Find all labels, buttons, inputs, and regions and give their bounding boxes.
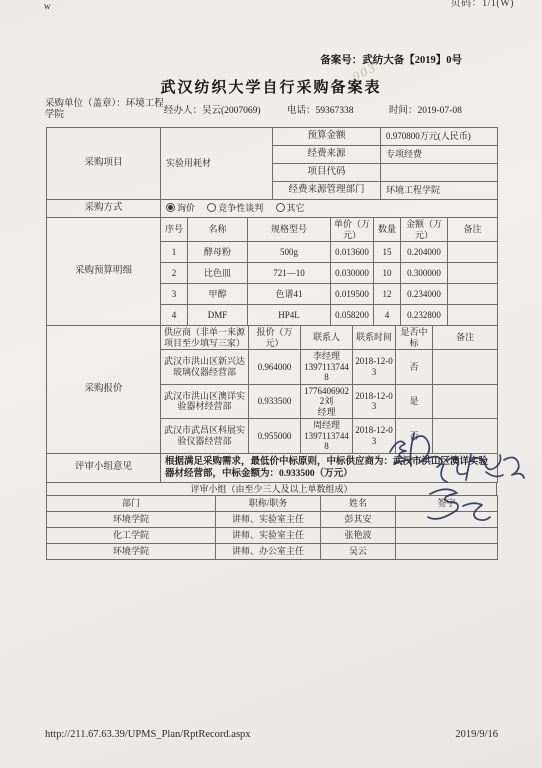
budget-header: 备注 <box>448 218 498 242</box>
scanned-document-page: w 页码：1/1(W) 备案号：武纺大备【2019】0号 003 武汉纺织大学自… <box>0 0 542 768</box>
table-row: 化工学院 讲师、实验室主任 张艳波 <box>47 528 498 544</box>
budget-header: 序号 <box>161 218 188 242</box>
budget-cell: 12 <box>374 284 401 305</box>
member-title: 讲师、实验室主任 <box>216 512 321 528</box>
budget-header: 数量 <box>374 218 401 242</box>
member-signature-cell <box>396 528 498 544</box>
budget-cell: 0.300000 <box>401 263 448 284</box>
supplier-name: 武汉市洪山区澳详实验器材经营部 <box>161 384 249 419</box>
group-header: 签字 <box>396 496 498 512</box>
radio-icon <box>276 203 285 212</box>
record-number: 备案号：武纺大备【2019】0号 <box>320 52 462 67</box>
member-name: 吴云 <box>321 544 396 560</box>
budget-cell: 色谱41 <box>248 284 331 305</box>
budget-cell: 0.013600 <box>331 242 374 263</box>
member-title: 讲师、办公室主任 <box>216 544 321 560</box>
budget-cell: 0.204000 <box>401 242 448 263</box>
budget-cell: 4 <box>374 305 401 326</box>
project-row-label: 采购项目 <box>47 128 161 200</box>
budget-cell: DMF <box>188 305 248 326</box>
group-header: 职称/职务 <box>216 496 321 512</box>
budget-cell: 15 <box>374 242 401 263</box>
radio-selected-icon <box>166 203 175 212</box>
budget-cell <box>448 263 498 284</box>
member-title: 讲师、实验室主任 <box>216 528 321 544</box>
budget-cell <box>448 284 498 305</box>
field-value: 0.970800万元(人民币) <box>381 128 498 146</box>
field-label: 预算金额 <box>273 128 381 146</box>
quotes-header: 联系人 <box>301 326 353 350</box>
supplier-name: 武汉市武昌区科展实验仪器经营部 <box>161 419 249 454</box>
group-header: 部门 <box>47 496 216 512</box>
header-date: 时间：2019-07-08 <box>389 102 462 116</box>
opinion-section: 评审小组意见 根据满足采购需求，最低价中标原则，中标供应商为：武汉市洪山区澳详实… <box>46 453 498 483</box>
quote-price: 0.955000 <box>249 419 301 454</box>
field-value: 专项经费 <box>381 146 498 164</box>
field-label: 项目代码 <box>273 164 381 182</box>
quote-contact: 周经理 13971137448 <box>301 419 353 454</box>
budget-cell: 0.234000 <box>401 284 448 305</box>
budget-row-label: 采购预算明细 <box>47 218 161 326</box>
quote-win: 是 <box>396 384 433 419</box>
budget-header: 金额（万元） <box>401 218 448 242</box>
quotes-header: 报价（万元） <box>249 326 301 350</box>
project-section: 采购项目 实验用耗材 预算金额 0.970800万元(人民币) 经费来源 专项经… <box>46 127 498 200</box>
budget-section: 采购预算明细 序号 名称 规格型号 单价（万元） 数量 金额（万元） 备注 1 … <box>46 217 498 326</box>
quote-remark <box>433 419 498 454</box>
method-options: 询价 竞争性谈判 其它 <box>161 200 498 218</box>
page-number: 页码：1/1(W) <box>451 0 514 9</box>
opinion-row-label: 评审小组意见 <box>47 453 161 482</box>
table-row: 环境学院 讲师、办公室主任 吴云 <box>47 544 498 560</box>
corner-mark: w <box>44 1 51 11</box>
member-dept: 环境学院 <box>47 512 216 528</box>
budget-cell: 0.058200 <box>331 305 374 326</box>
field-value <box>381 164 498 182</box>
footer-date: 2019/9/16 <box>455 729 498 740</box>
quote-date: 2018-12-03 <box>353 350 396 385</box>
budget-cell <box>448 242 498 263</box>
quote-remark <box>433 350 498 385</box>
footer-url: http://211.67.63.39/UPMS_Plan/RptRecord.… <box>45 729 251 740</box>
group-title-section: 评审小组（由至少三人及以上单数组成） <box>46 482 497 497</box>
budget-cell: 500g <box>248 242 331 263</box>
quotes-section: 采购报价 供应商（非单一来源项目至少填写三家） 报价（万元） 联系人 联系时间 … <box>46 325 498 454</box>
budget-header: 名称 <box>188 218 248 242</box>
quote-date: 2018-12-03 <box>353 419 396 454</box>
supplier-name: 武汉市洪山区新兴达玻璃仪器经营部 <box>161 350 249 385</box>
quote-price: 0.933500 <box>249 384 301 419</box>
page-title: 武汉纺织大学自行采购备案表 <box>0 76 542 97</box>
radio-option-inquiry[interactable]: 询价 <box>166 203 195 213</box>
member-dept: 环境学院 <box>47 544 216 560</box>
quotes-row-label: 采购报价 <box>47 326 161 454</box>
budget-cell: 0.030000 <box>331 263 374 284</box>
member-name: 彭其安 <box>321 512 396 528</box>
radio-label: 竞争性谈判 <box>218 203 263 213</box>
quote-win: 否 <box>396 350 433 385</box>
budget-cell: 3 <box>161 284 188 305</box>
budget-cell: 10 <box>374 263 401 284</box>
budget-cell <box>448 305 498 326</box>
budget-cell: 酵母粉 <box>188 242 248 263</box>
budget-cell: 1 <box>161 242 188 263</box>
field-label: 经费来源 <box>273 146 381 164</box>
quote-win: 否 <box>396 419 433 454</box>
field-value: 环境工程学院 <box>381 182 498 200</box>
quote-remark <box>433 384 498 419</box>
radio-option-negotiation[interactable]: 竞争性谈判 <box>207 203 263 213</box>
budget-cell: 721—10 <box>248 263 331 284</box>
radio-icon <box>207 203 216 212</box>
member-dept: 化工学院 <box>47 528 216 544</box>
budget-cell: 4 <box>161 305 188 326</box>
member-signature-cell <box>396 544 498 560</box>
budget-cell: 比色皿 <box>188 263 248 284</box>
field-label: 经费来源管理部门 <box>273 182 381 200</box>
quotes-header: 是否中标 <box>396 326 433 350</box>
quotes-header: 备注 <box>433 326 498 350</box>
method-row-label: 采购方式 <box>47 200 161 218</box>
budget-header: 单价（万元） <box>331 218 374 242</box>
group-section: 部门 职称/职务 姓名 签字 环境学院 讲师、实验室主任 彭其安 化工学院 讲师… <box>46 495 498 560</box>
quote-price: 0.964000 <box>249 350 301 385</box>
table-row: 环境学院 讲师、实验室主任 彭其安 <box>47 512 498 528</box>
quotes-header: 联系时间 <box>353 326 396 350</box>
member-signature-cell <box>396 512 498 528</box>
member-name: 张艳波 <box>321 528 396 544</box>
radio-label: 其它 <box>287 203 305 213</box>
quote-contact: 17764069022刘 经理 <box>301 384 353 419</box>
radio-label: 询价 <box>177 203 195 213</box>
quote-date: 2018-12-03 <box>353 384 396 419</box>
header-unit: 采购单位（盖章）：环境工程学院 <box>45 99 165 121</box>
budget-cell: HP4L <box>248 305 331 326</box>
quote-contact: 李经理 13971137448 <box>301 350 353 385</box>
method-section: 采购方式 询价 竞争性谈判 其它 <box>46 199 498 218</box>
group-title: 评审小组（由至少三人及以上单数组成） <box>47 482 497 496</box>
opinion-text: 根据满足采购需求，最低价中标原则，中标供应商为：武汉市洪山区澳详实验器材经营部，… <box>161 453 498 482</box>
main-table: 采购项目 实验用耗材 预算金额 0.970800万元(人民币) 经费来源 专项经… <box>46 128 497 560</box>
budget-header: 规格型号 <box>248 218 331 242</box>
header-agent: 经办人：吴云(2007069) <box>164 102 261 116</box>
budget-cell: 2 <box>161 263 188 284</box>
budget-cell: 0.232800 <box>401 305 448 326</box>
project-name: 实验用耗材 <box>161 128 273 200</box>
header-phone: 电话：59367338 <box>287 102 354 116</box>
budget-cell: 0.019500 <box>331 284 374 305</box>
radio-option-other[interactable]: 其它 <box>276 203 305 213</box>
budget-cell: 甲醇 <box>188 284 248 305</box>
quotes-header: 供应商（非单一来源项目至少填写三家） <box>161 326 249 350</box>
group-header: 姓名 <box>321 496 396 512</box>
